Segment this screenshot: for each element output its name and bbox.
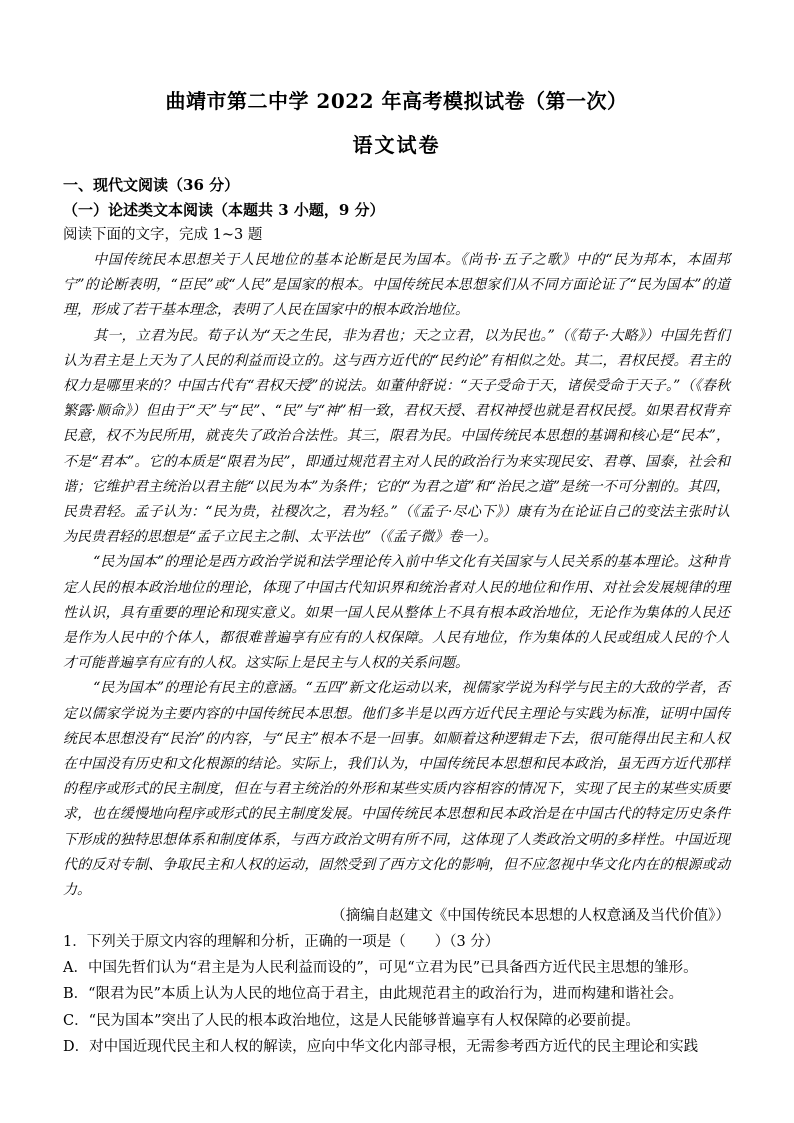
reading-passage: 中国传统民本思想关于人民地位的基本论断是民为国本。《尚书·五子之歌》中的“民为邦… — [63, 248, 730, 903]
question-1-option-d: D．对中国近现代民主和人权的解读，应向中华文化内部寻根，无需参考西方近代的民主理… — [63, 1034, 730, 1060]
question-1-option-c: C．“民为国本”突出了人民的根本政治地位，这是人民能够普遍享有人权保障的必要前提… — [63, 1008, 730, 1034]
exam-title: 曲靖市第二中学 2022 年高考模拟试卷（第一次） — [63, 86, 730, 116]
section-1-heading: 一、现代文阅读（36 分） — [63, 173, 730, 198]
reading-instruction: 阅读下面的文字，完成 1~3 题 — [63, 223, 730, 248]
passage-paragraph-2: 其一，立君为民。荀子认为“天之生民，非为君也；天之立君，以为民也。”（《荀子·大… — [63, 324, 730, 551]
passage-paragraph-4: “民为国本”的理论有民主的意涵。“五四”新文化运动以来，视儒家学说为科学与民主的… — [63, 676, 730, 903]
exam-subtitle: 语文试卷 — [63, 130, 730, 160]
passage-paragraph-3: “民为国本”的理论是西方政治学说和法学理论传入前中华文化有关国家与人民关系的基本… — [63, 550, 730, 676]
question-1-option-b: B．“限君为民”本质上认为人民的地位高于君主，由此规范君主的政治行为，进而构建和… — [63, 981, 730, 1007]
question-1-option-a: A．中国先哲们认为“君主是为人民利益而设的”，可见“立君为民”已具备西方近代民主… — [63, 955, 730, 981]
exam-page: 曲靖市第二中学 2022 年高考模拟试卷（第一次） 语文试卷 一、现代文阅读（3… — [0, 0, 794, 1123]
passage-paragraph-1: 中国传统民本思想关于人民地位的基本论断是民为国本。《尚书·五子之歌》中的“民为邦… — [63, 248, 730, 324]
subsection-1-heading: （一）论述类文本阅读（本题共 3 小题，9 分） — [63, 198, 730, 223]
question-1-options: A．中国先哲们认为“君主是为人民利益而设的”，可见“立君为民”已具备西方近代民主… — [63, 955, 730, 1060]
passage-attribution: （摘编自赵建文《中国传统民本思想的人权意涵及当代价值》） — [63, 903, 730, 929]
question-1-stem: 1．下列关于原文内容的理解和分析，正确的一项是（ ）（3 分） — [63, 929, 730, 955]
